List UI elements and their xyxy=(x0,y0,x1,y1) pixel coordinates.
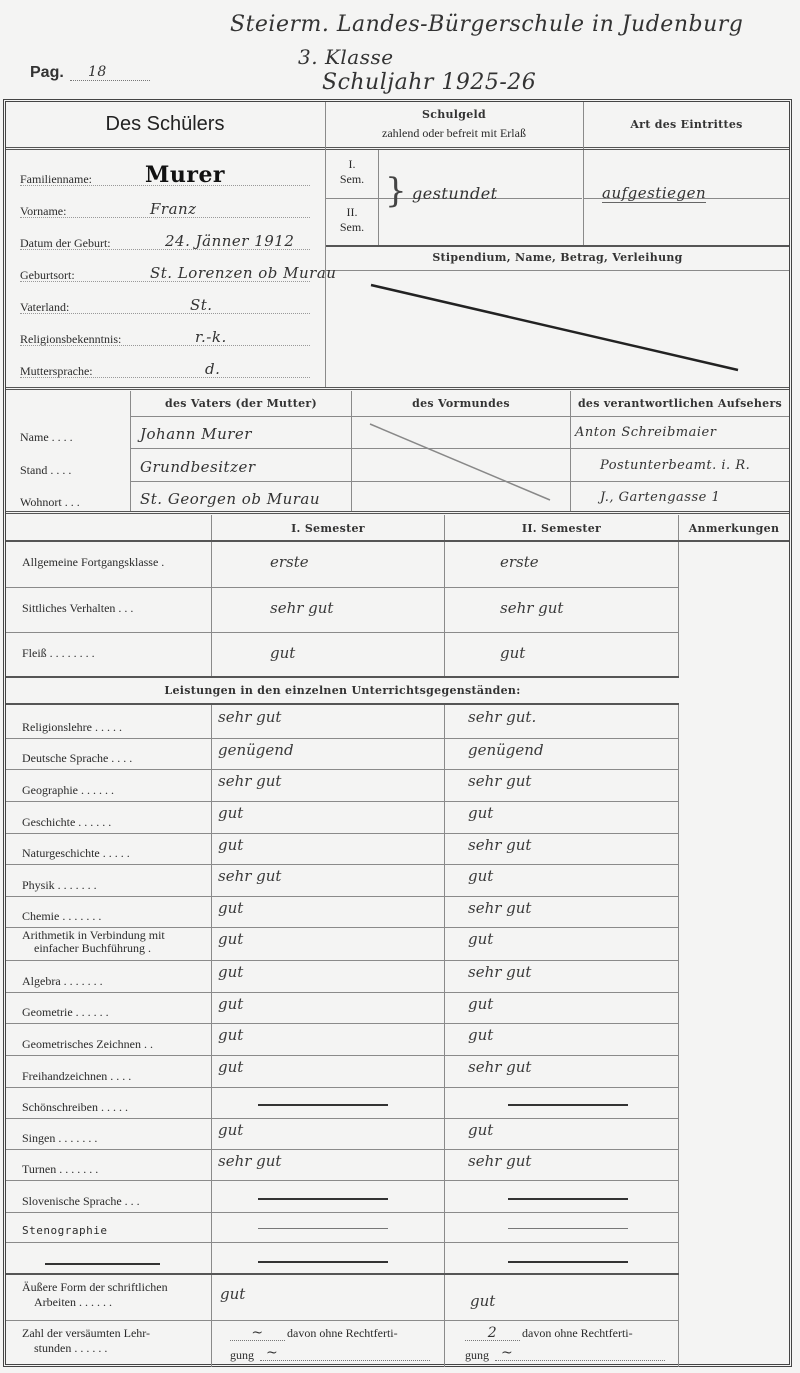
sem2-grade: gut xyxy=(500,644,525,662)
field-value: Franz xyxy=(150,200,197,218)
subject-label: Geometrisches Zeichnen . . xyxy=(22,1037,153,1052)
guardian-row-label: Name . . . . xyxy=(20,430,73,445)
subject-label: Religionslehre . . . . . xyxy=(22,720,122,735)
class-label: 3. Klasse xyxy=(298,45,394,69)
sem1-subject-grade: gut xyxy=(218,1058,243,1076)
sem1-subject-grade: gut xyxy=(218,1026,243,1044)
sem2-missed-text: davon ohne Rechtferti- xyxy=(522,1326,633,1341)
subject-label: Geometrie . . . . . . xyxy=(22,1005,109,1020)
subject-label: Singen . . . . . . . xyxy=(22,1131,97,1146)
sem2-subject-grade: sehr gut xyxy=(468,1058,531,1076)
sem1-missed-unexcused: ~ xyxy=(260,1346,430,1361)
sem1-subject-grade: gut xyxy=(218,995,243,1013)
sem2-subject-grade: gut xyxy=(468,930,493,948)
sem2-subject-grade: gut xyxy=(468,1121,493,1139)
sem2-subject-grade: genügend xyxy=(468,741,544,759)
supervisor-header: des verantwortlichen Aufsehers xyxy=(571,397,789,410)
sem2-missed-text2: gung xyxy=(465,1348,489,1363)
subject-label-cont: einfacher Buchführung . xyxy=(34,942,151,955)
guardian-strike-line xyxy=(352,418,570,510)
fee-header: Schulgeld xyxy=(326,108,582,121)
sem2-subject-grade: sehr gut xyxy=(468,836,531,854)
guardian-row-label: Wohnort . . . xyxy=(20,495,80,510)
sem1-blank-line xyxy=(258,1261,388,1263)
fee-status: gestundet xyxy=(412,184,498,203)
subject-label: Stenographie xyxy=(22,1224,107,1237)
supervisor-value: Postunterbeamt. i. R. xyxy=(600,458,750,473)
sem1-grade: gut xyxy=(270,644,295,662)
sem2-written-form: gut xyxy=(470,1292,495,1310)
subject-label: Chemie . . . . . . . xyxy=(22,909,101,924)
sem2-blank-line xyxy=(508,1228,628,1229)
field-value: 24. Jänner 1912 xyxy=(165,232,294,250)
stipend-header: Stipendium, Name, Betrag, Verleihung xyxy=(326,251,789,264)
supervisor-value: Anton Schreibmaier xyxy=(575,425,716,440)
subjects-header: Leistungen in den einzelnen Unterrichtsg… xyxy=(6,684,679,697)
sem1-subject-grade: gut xyxy=(218,963,243,981)
brace-icon: } xyxy=(385,174,407,208)
sem1-subject-grade: gut xyxy=(218,930,243,948)
sem1-written-form: gut xyxy=(220,1285,245,1303)
general-row-label: Allgemeine Fortgangsklasse . xyxy=(22,555,164,570)
subject-label: Algebra . . . . . . . xyxy=(22,974,103,989)
remarks-header: Anmerkungen xyxy=(679,522,789,535)
missed-label: Zahl der versäumten Lehr- xyxy=(22,1326,150,1340)
school-year: Schuljahr 1925-26 xyxy=(322,70,536,95)
field-dotted-line xyxy=(20,345,310,346)
sem2-blank-line xyxy=(508,1198,628,1200)
sem1-grade: sehr gut xyxy=(270,599,333,617)
sem1-blank-line xyxy=(258,1104,388,1106)
sem2-subject-grade: gut xyxy=(468,804,493,822)
sem1-subject-grade: genügend xyxy=(218,741,294,759)
field-value: d. xyxy=(205,360,220,378)
subject-label: Slovenische Sprache . . . xyxy=(22,1194,140,1209)
sem2-subject-grade: sehr gut xyxy=(468,1152,531,1170)
sem1-subject-grade: gut xyxy=(218,804,243,822)
sem2-missed-total: 2 xyxy=(465,1326,520,1341)
student-header: Des Schülers xyxy=(6,113,324,136)
subject-label: Turnen . . . . . . . xyxy=(22,1162,98,1177)
sem2-missed-unexcused: ~ xyxy=(495,1346,665,1361)
field-value: St. Lorenzen ob Murau xyxy=(150,264,336,282)
father-header: des Vaters (der Mutter) xyxy=(131,397,351,410)
sem2-subject-grade: sehr gut xyxy=(468,963,531,981)
guardian-row-label: Stand . . . . xyxy=(20,463,71,478)
subject-label: Geschichte . . . . . . xyxy=(22,815,111,830)
sem2-subject-grade: gut xyxy=(468,1026,493,1044)
subject-label: Freihandzeichnen . . . . xyxy=(22,1069,131,1084)
sem2-grade: sehr gut xyxy=(500,599,563,617)
general-row-label: Sittliches Verhalten . . . xyxy=(22,601,133,616)
sem1-missed-text2: gung xyxy=(230,1348,254,1363)
sem2-subject-grade: sehr gut xyxy=(468,899,531,917)
page-number: 18 xyxy=(70,64,150,81)
field-dotted-line xyxy=(20,377,310,378)
sem1-subject-grade: sehr gut xyxy=(218,867,281,885)
sem1-blank-line xyxy=(258,1228,388,1229)
written-form-label-cont: Arbeiten . . . . . . xyxy=(34,1295,112,1309)
subject-label: Schönschreiben . . . . . xyxy=(22,1100,128,1115)
entry-type-header: Art des Eintrittes xyxy=(584,118,789,131)
sem2-blank-line xyxy=(508,1261,628,1263)
sem2-subject-grade: sehr gut. xyxy=(468,708,536,726)
subject-label: Deutsche Sprache . . . . xyxy=(22,751,132,766)
sem2-grade: erste xyxy=(500,553,539,571)
sem1-missed-total: ~ xyxy=(230,1326,285,1341)
subject-label: Geographie . . . . . . xyxy=(22,783,114,798)
sem2-header: II. Semester xyxy=(445,522,678,535)
sem1-subject-grade: gut xyxy=(218,836,243,854)
general-row-label: Fleiß . . . . . . . . xyxy=(22,646,95,661)
subject-label: Naturgeschichte . . . . . xyxy=(22,846,130,861)
sem1-subject-grade: sehr gut xyxy=(218,1152,281,1170)
sem2-fee-label: II.Sem. xyxy=(326,205,378,235)
sem1-subject-grade: sehr gut xyxy=(218,772,281,790)
sem2-subject-grade: sehr gut xyxy=(468,772,531,790)
sem1-fee-label: I.Sem. xyxy=(326,157,378,187)
field-value: St. xyxy=(190,296,213,314)
field-value: r.-k. xyxy=(195,328,227,346)
sem1-subject-grade: gut xyxy=(218,899,243,917)
sem2-blank-line xyxy=(508,1104,628,1106)
sem1-subject-grade: gut xyxy=(218,1121,243,1139)
subject-label: Physik . . . . . . . xyxy=(22,878,97,893)
sem1-subject-grade: sehr gut xyxy=(218,708,281,726)
field-dotted-line xyxy=(20,313,310,314)
father-value: St. Georgen ob Murau xyxy=(140,490,320,508)
father-value: Johann Murer xyxy=(140,425,252,443)
missed-label-cont: stunden . . . . . . xyxy=(34,1341,107,1355)
entry-type-value: aufgestiegen xyxy=(602,184,706,203)
stipend-strike-line xyxy=(326,272,789,386)
sem1-blank-line xyxy=(258,1198,388,1200)
written-form-label: Äußere Form der schriftlichen xyxy=(22,1280,168,1294)
father-value: Grundbesitzer xyxy=(140,458,256,476)
school-name: Steierm. Landes-Bürgerschule in Judenbur… xyxy=(230,12,743,37)
supervisor-value: J., Gartengasse 1 xyxy=(600,490,720,505)
family-name-value: Murer xyxy=(145,162,225,188)
fee-subheader: zahlend oder befreit mit Erlaß xyxy=(326,126,582,141)
page-label: Pag. xyxy=(30,64,64,82)
sem2-subject-grade: gut xyxy=(468,867,493,885)
sem1-header: I. Semester xyxy=(212,522,444,535)
sem1-grade: erste xyxy=(270,553,309,571)
guardian-header: des Vormundes xyxy=(352,397,570,410)
sem2-subject-grade: gut xyxy=(468,995,493,1013)
sem1-missed-text: davon ohne Rechtferti- xyxy=(287,1326,398,1341)
blank-subject-line xyxy=(45,1263,160,1265)
